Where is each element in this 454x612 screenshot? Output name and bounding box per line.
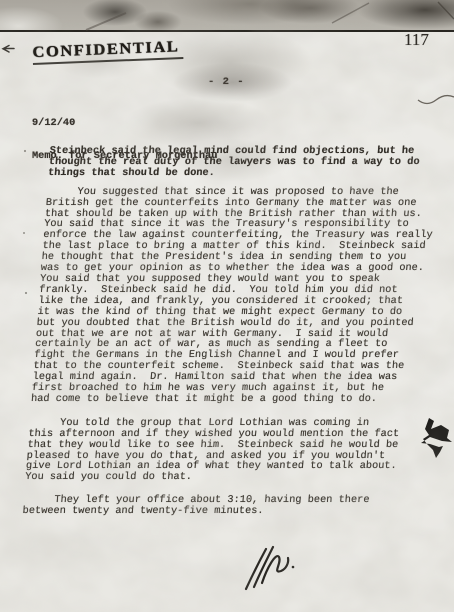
- pen-squiggle-icon: [418, 96, 454, 104]
- left-arrow-mark-icon: [3, 46, 14, 53]
- signature-icon: [246, 547, 294, 589]
- page-marker: - 2 -: [208, 76, 245, 88]
- paragraph: You told the group that Lord Lothian was…: [25, 418, 432, 483]
- paragraph: They left your office about 3:10, having…: [22, 495, 426, 517]
- memo-date: 9/12/40: [32, 118, 217, 129]
- memo-body: Steinbeck said the legal mind could find…: [21, 146, 452, 525]
- confidential-stamp: CONFIDENTIAL: [32, 38, 183, 65]
- margin-specks: [23, 150, 27, 294]
- page-number: 117: [404, 30, 429, 50]
- paragraph: Steinbeck said the legal mind could find…: [48, 146, 452, 179]
- scanned-memo-page: CONFIDENTIAL 117 - 2 - 9/12/40 Memo. for…: [0, 0, 454, 612]
- paragraph: You suggested that since it was proposed…: [31, 187, 449, 405]
- scan-edge-band: [0, 0, 454, 32]
